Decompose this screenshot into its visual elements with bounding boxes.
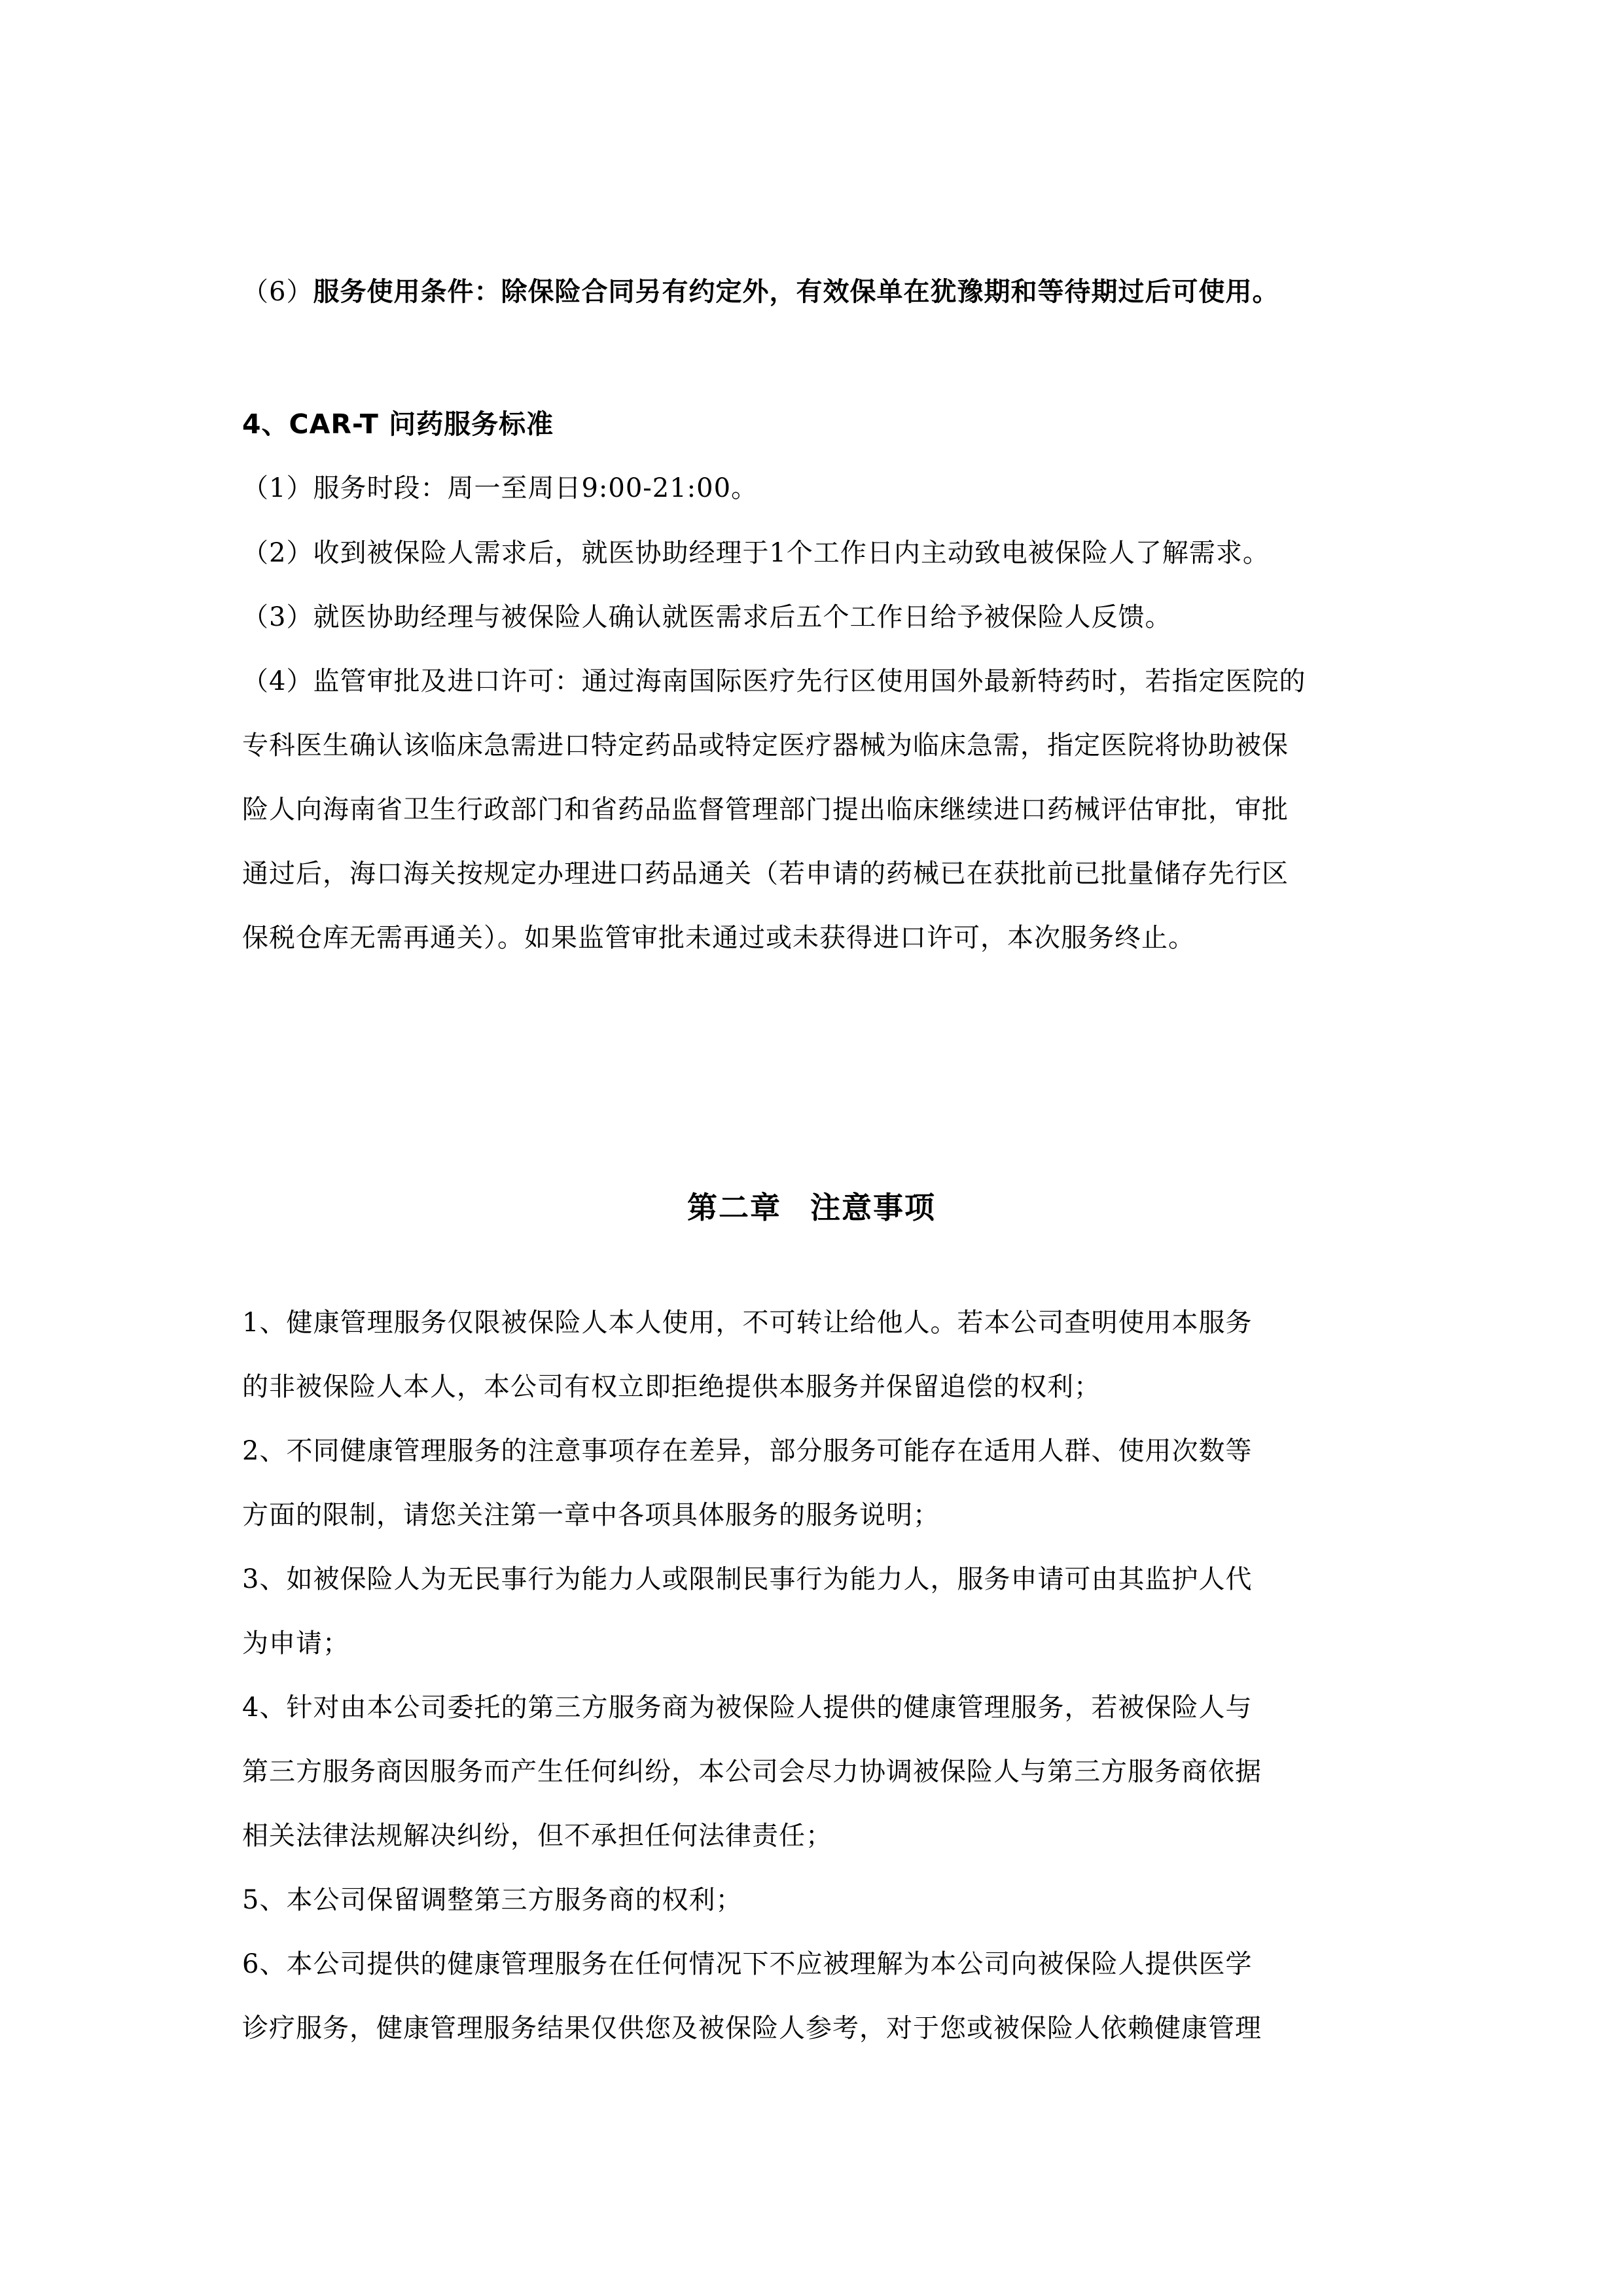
chapter-name: 注意事项	[810, 1190, 936, 1225]
cart-item-3: （3）就医协助经理与被保险人确认就医需求后五个工作日给予被保险人反馈。	[242, 599, 1394, 636]
service-condition-item: （6）服务使用条件：除保险合同另有约定外，有效保单在犹豫期和等待期过后可使用。	[242, 274, 1394, 310]
note-line-12: 诊疗服务，健康管理服务结果仅供您及被保险人参考，对于您或被保险人依赖健康管理	[242, 2010, 1394, 2047]
cart-item-2: （2）收到被保险人需求后，就医协助经理于1个工作日内主动致电被保险人了解需求。	[242, 535, 1394, 571]
note-line-11: 6、本公司提供的健康管理服务在任何情况下不应被理解为本公司向被保险人提供医学	[242, 1946, 1394, 1982]
note-line-6: 为申请；	[242, 1625, 1394, 1662]
note-line-9: 相关法律法规解决纠纷，但不承担任何法律责任；	[242, 1818, 1394, 1854]
chapter-title: 第二章注意事项	[0, 1188, 1623, 1227]
note-line-2: 的非被保险人本人，本公司有权立即拒绝提供本服务并保留追偿的权利；	[242, 1369, 1394, 1405]
note-line-5: 3、如被保险人为无民事行为能力人或限制民事行为能力人，服务申请可由其监护人代	[242, 1561, 1394, 1598]
note-line-8: 第三方服务商因服务而产生任何纠纷，本公司会尽力协调被保险人与第三方服务商依据	[242, 1753, 1394, 1790]
cart-item-4-line-1: （4）监管审批及进口许可：通过海南国际医疗先行区使用国外最新特药时，若指定医院的	[242, 663, 1394, 700]
service-condition-text: 服务使用条件：除保险合同另有约定外，有效保单在犹豫期和等待期过后可使用。	[313, 277, 1279, 307]
cart-item-4-line-2: 专科医生确认该临床急需进口特定药品或特定医疗器械为临床急需，指定医院将协助被保	[242, 727, 1394, 764]
cart-item-4-line-4: 通过后，海口海关按规定办理进口药品通关（若申请的药械已在获批前已批量储存先行区	[242, 855, 1394, 892]
note-line-1: 1、健康管理服务仅限被保险人本人使用，不可转让给他人。若本公司查明使用本服务	[242, 1304, 1394, 1341]
section-heading-cart: 4、CAR-T 问药服务标准	[242, 406, 1394, 442]
cart-item-1: （1）服务时段：周一至周日9:00-21:00。	[242, 470, 1394, 507]
cart-item-4-line-5: 保税仓库无需再通关）。如果监管审批未通过或未获得进口许可，本次服务终止。	[242, 920, 1394, 956]
document-page: （6）服务使用条件：除保险合同另有约定外，有效保单在犹豫期和等待期过后可使用。 …	[0, 0, 1623, 2296]
note-line-10: 5、本公司保留调整第三方服务商的权利；	[242, 1882, 1394, 1918]
note-line-4: 方面的限制，请您关注第一章中各项具体服务的服务说明；	[242, 1497, 1394, 1534]
cart-item-4-line-3: 险人向海南省卫生行政部门和省药品监督管理部门提出临床继续进口药械评估审批，审批	[242, 791, 1394, 828]
chapter-number: 第二章	[687, 1190, 781, 1225]
note-line-7: 4、针对由本公司委托的第三方服务商为被保险人提供的健康管理服务，若被保险人与	[242, 1689, 1394, 1726]
item-prefix: （6）	[242, 277, 313, 307]
note-line-3: 2、不同健康管理服务的注意事项存在差异，部分服务可能存在适用人群、使用次数等	[242, 1433, 1394, 1469]
